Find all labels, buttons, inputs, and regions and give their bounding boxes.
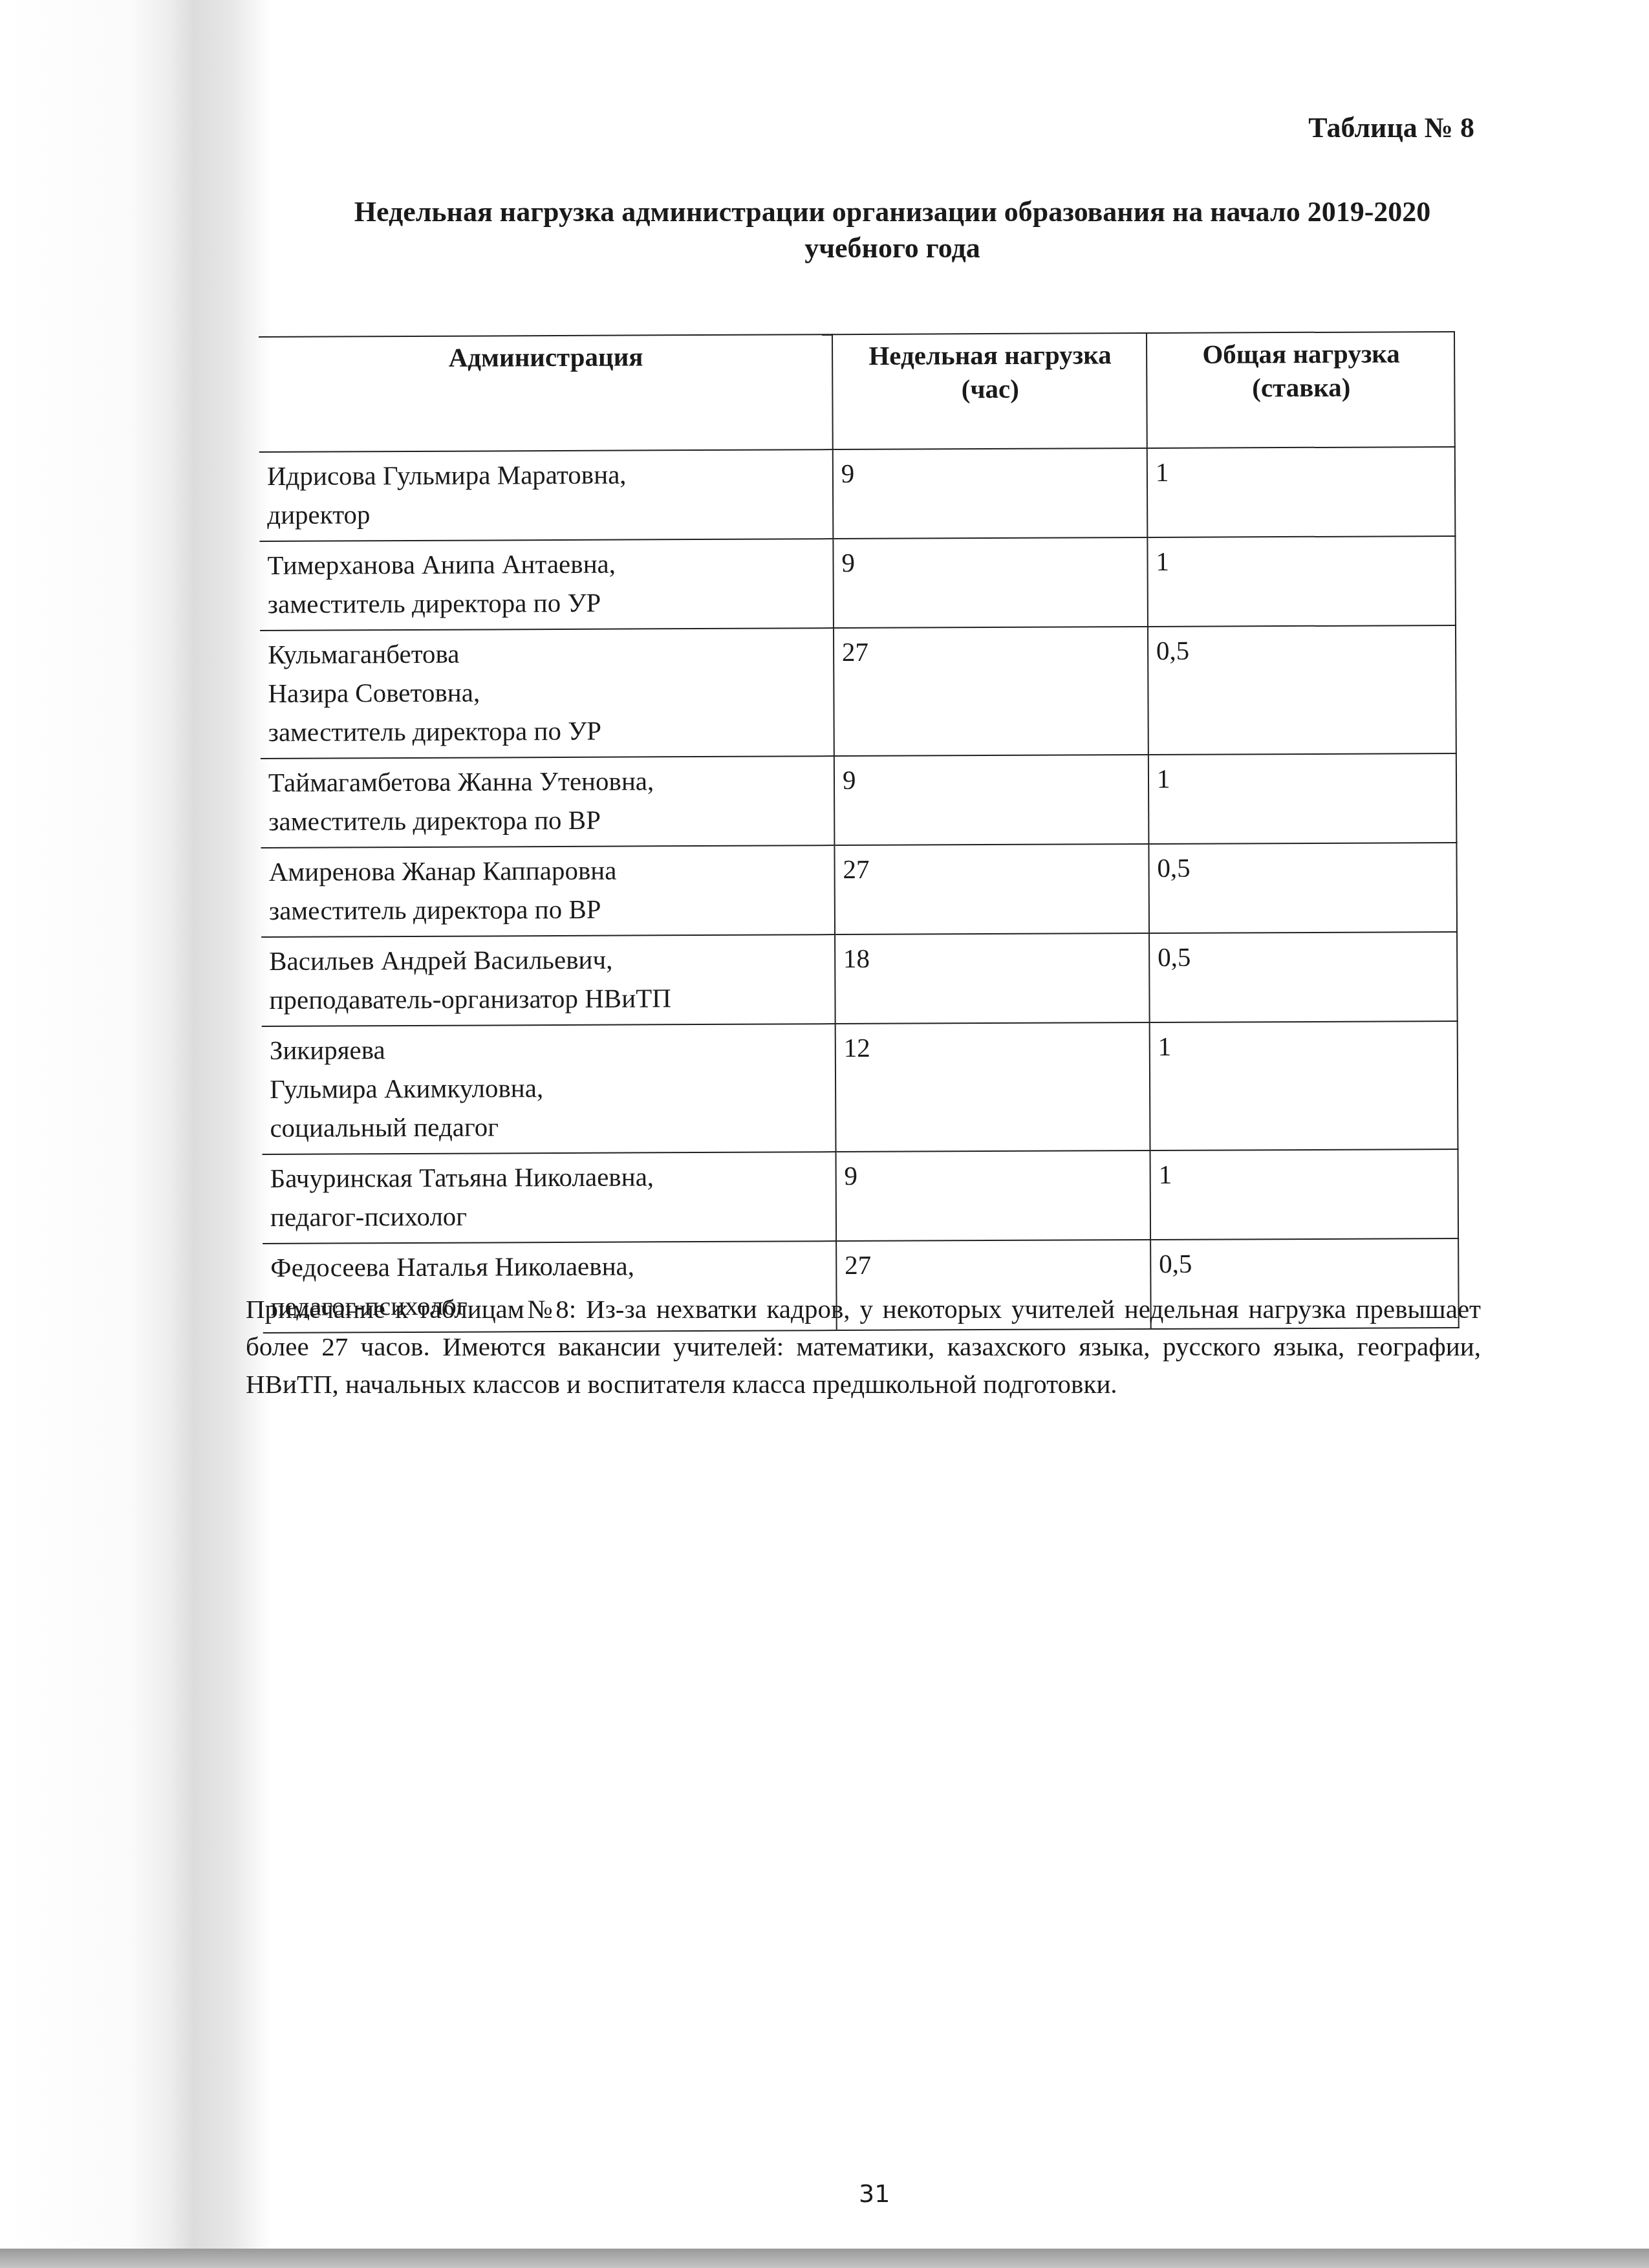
header-total-rate: Общая нагрузка (ставка): [1147, 332, 1455, 448]
admin-name-cell: Идрисова Гульмира Маратовна, директор: [259, 449, 833, 541]
weekly-hours-cell: 9: [833, 448, 1148, 539]
table-row: Васильев Андрей Васильевич, преподавател…: [261, 932, 1458, 1026]
weekly-hours-cell: 9: [834, 755, 1149, 845]
document-title: Недельная нагрузка администрации организ…: [304, 194, 1481, 266]
rate-cell: 1: [1147, 447, 1456, 537]
weekly-hours-cell: 9: [833, 537, 1148, 628]
admin-name-cell: Амиренова Жанар Каппаровна заместитель д…: [261, 845, 834, 937]
admin-workload-table: Администрация Недельная нагрузка (час) О…: [259, 331, 1460, 1334]
rate-cell: 1: [1150, 1149, 1458, 1240]
rate-cell: 1: [1150, 1021, 1458, 1150]
rate-cell: 0,5: [1148, 625, 1456, 755]
rate-cell: 1: [1147, 536, 1456, 627]
scan-spine-shadow: [0, 0, 272, 2268]
table-row: Тимерханова Анипа Антаевна, заместитель …: [259, 536, 1456, 631]
admin-name-cell: Бачуринская Татьяна Николаевна, педагог-…: [263, 1152, 836, 1244]
table-label: Таблица № 8: [1308, 111, 1474, 144]
table-row: Бачуринская Татьяна Николаевна, педагог-…: [263, 1149, 1459, 1244]
table-header-row: Администрация Недельная нагрузка (час) О…: [259, 332, 1455, 452]
table-row: Кульмаганбетова Назира Советовна, замест…: [260, 625, 1456, 759]
table-note: Примечание к таблицам№8: Из-за нехватки …: [246, 1290, 1481, 1403]
weekly-hours-cell: 27: [834, 627, 1148, 756]
weekly-hours-cell: 18: [835, 933, 1150, 1024]
header-administration: Администрация: [259, 334, 833, 452]
weekly-hours-cell: 12: [835, 1022, 1150, 1152]
weekly-hours-cell: 9: [835, 1150, 1150, 1241]
rate-cell: 1: [1148, 753, 1457, 844]
rate-cell: 0,5: [1148, 843, 1457, 933]
table-row: Идрисова Гульмира Маратовна, директор 9 …: [259, 447, 1456, 541]
admin-name-cell: Зикиряева Гульмира Акимкуловна, социальн…: [262, 1024, 836, 1154]
admin-name-cell: Кульмаганбетова Назира Советовна, замест…: [260, 628, 834, 759]
page-number: 31: [859, 2179, 890, 2208]
weekly-hours-cell: 27: [834, 844, 1149, 934]
table-row: Таймагамбетова Жанна Утеновна, заместите…: [261, 753, 1457, 848]
table-row: Зикиряева Гульмира Акимкуловна, социальн…: [262, 1021, 1458, 1154]
rate-cell: 0,5: [1149, 932, 1458, 1022]
scan-bottom-edge: [0, 2249, 1649, 2268]
admin-name-cell: Тимерханова Анипа Антаевна, заместитель …: [259, 539, 833, 631]
admin-name-cell: Васильев Андрей Васильевич, преподавател…: [261, 934, 835, 1026]
table-row: Амиренова Жанар Каппаровна заместитель д…: [261, 843, 1457, 937]
admin-name-cell: Таймагамбетова Жанна Утеновна, заместите…: [261, 756, 834, 848]
header-weekly-hours: Недельная нагрузка (час): [832, 333, 1147, 449]
